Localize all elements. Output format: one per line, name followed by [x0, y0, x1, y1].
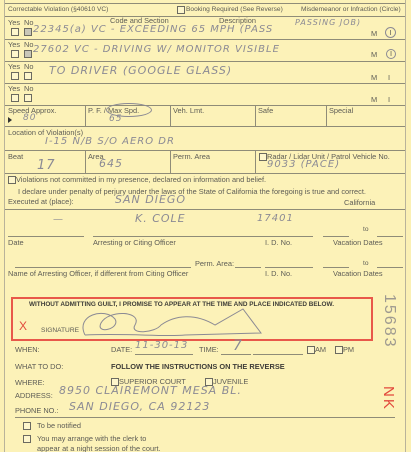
- yes-label: Yes: [8, 18, 20, 27]
- perjury-statement: I declare under penalty of perjury under…: [18, 187, 366, 196]
- m-label: M: [371, 73, 377, 82]
- when-label: WHEN:: [15, 345, 40, 354]
- date-line: [8, 236, 84, 237]
- night-session-label-2: appear at a night session of the court.: [37, 444, 161, 452]
- executed-value: SAN DIEGO: [115, 193, 186, 206]
- violation-1-yes-checkbox[interactable]: [11, 28, 19, 36]
- divider: [5, 61, 405, 62]
- date-value: —: [53, 214, 64, 225]
- area-value: 645: [99, 157, 123, 170]
- i-label[interactable]: I: [388, 73, 390, 82]
- to-be-notified-label: To be notified: [37, 421, 81, 430]
- vacation-label: Vacation Dates: [333, 269, 383, 278]
- yes-label: Yes: [8, 62, 20, 71]
- arresting-officer-line: [15, 267, 191, 268]
- location-value: I-15 N/B S/O AERO DR: [45, 136, 175, 147]
- citation-serial-suffix: NK: [380, 386, 397, 411]
- appearance-date-value: 11-30-13: [135, 340, 188, 351]
- safe-label: Safe: [258, 106, 273, 115]
- special-label: Special: [329, 106, 353, 115]
- radar-checkbox[interactable]: [259, 153, 267, 161]
- not-in-presence-checkbox[interactable]: [8, 176, 16, 184]
- violation-3-no-checkbox[interactable]: [24, 72, 32, 80]
- id-line: [265, 267, 313, 268]
- violation-3-handwriting: TO DRIVER (GOOGLE GLASS): [49, 64, 232, 77]
- date-label: Date: [8, 238, 24, 247]
- speed-approx-value: 80: [23, 113, 36, 123]
- vacation-from-line: [323, 267, 349, 268]
- no-label: No: [24, 62, 33, 71]
- violation-2-no-checkbox[interactable]: [24, 50, 32, 58]
- misdemeanor-infraction-label: Misdemeanor or Infraction (Circle): [301, 6, 401, 13]
- infraction-circled[interactable]: I: [386, 49, 396, 59]
- date-line: [135, 354, 193, 355]
- what-to-do-label: WHAT TO DO:: [15, 362, 63, 371]
- radar-value: 9033 (PACE): [267, 159, 340, 170]
- m-label: M: [371, 50, 377, 59]
- correctable-violation-label: Correctable Violation (§40610 VC): [8, 6, 108, 13]
- officer-value: K. COLE: [135, 212, 186, 225]
- where-label: WHERE:: [15, 378, 45, 387]
- perm-area-line: [235, 267, 261, 268]
- to-be-notified-checkbox[interactable]: [23, 422, 31, 430]
- i-label[interactable]: I: [388, 95, 390, 104]
- phone-label: PHONE NO.:: [15, 406, 59, 415]
- divider: [255, 150, 256, 173]
- officer-label: Arresting or Citing Officer: [93, 238, 176, 247]
- citation-serial-number: 15683: [380, 294, 398, 349]
- violation-3-yes-checkbox[interactable]: [11, 72, 19, 80]
- executed-label: Executed at (place):: [8, 197, 74, 206]
- date-label: DATE:: [111, 345, 132, 354]
- time-line: [221, 354, 251, 355]
- to-label: to: [363, 226, 369, 233]
- divider: [5, 83, 405, 84]
- to-label: to: [363, 260, 369, 267]
- time-line-2: [253, 354, 303, 355]
- divider: [85, 150, 86, 173]
- pm-checkbox[interactable]: [335, 346, 343, 354]
- id-label: I. D. No.: [265, 269, 292, 278]
- violation-1-handwriting: 22345(a) VC - EXCEEDING 65 MPH (PASS: [33, 24, 273, 35]
- pm-label: PM: [343, 345, 354, 354]
- divider: [5, 209, 405, 210]
- divider: [5, 3, 405, 4]
- divider: [5, 173, 405, 174]
- pf-max-value: 65: [109, 114, 122, 124]
- vacation-to-line: [377, 236, 403, 237]
- divider: [255, 105, 256, 126]
- perm-area-label: Perm. Area:: [195, 259, 234, 268]
- violation-1-handwriting-extra: PASSING JOB): [295, 18, 361, 27]
- address-value: 8950 CLAIREMONT MESA BL.: [59, 384, 242, 397]
- divider: [5, 16, 405, 17]
- divider: [5, 39, 405, 40]
- m-label: M: [371, 95, 377, 104]
- officer-line: [93, 236, 313, 237]
- violation-2-handwriting: 27602 VC - DRIVING W/ MONITOR VISIBLE: [33, 44, 280, 55]
- vacation-to-line: [377, 267, 403, 268]
- night-session-checkbox[interactable]: [23, 435, 31, 443]
- phone-value: SAN DIEGO, CA 92123: [69, 400, 210, 413]
- divider: [326, 105, 327, 126]
- perm-area-label: Perm. Area: [173, 152, 210, 161]
- address-label: ADDRESS:: [15, 391, 53, 400]
- id-label: I. D. No.: [265, 238, 292, 247]
- divider: [15, 417, 395, 418]
- beat-label: Beat: [8, 152, 23, 161]
- divider: [5, 126, 405, 127]
- yes-label: Yes: [8, 84, 20, 93]
- violation-4-yes-checkbox[interactable]: [11, 94, 19, 102]
- divider: [170, 150, 171, 173]
- booking-required-checkbox[interactable]: [177, 6, 185, 14]
- m-label: M: [371, 29, 377, 38]
- divider: [170, 105, 171, 126]
- signature-x-mark: X: [19, 319, 27, 333]
- am-checkbox[interactable]: [307, 346, 315, 354]
- vacation-from-line: [323, 236, 349, 237]
- am-label: AM: [315, 345, 326, 354]
- name-if-different-label: Name of Arresting Officer, if different …: [8, 269, 188, 278]
- citation-form: Correctable Violation (§40610 VC) Bookin…: [4, 0, 406, 452]
- divider: [85, 105, 86, 126]
- not-in-presence-label: Violations not committed in my presence,…: [16, 175, 266, 184]
- no-label: No: [24, 84, 33, 93]
- beat-value: 17: [37, 158, 56, 173]
- yes-label: Yes: [8, 40, 20, 49]
- infraction-circled[interactable]: I: [385, 27, 396, 38]
- violation-4-no-checkbox[interactable]: [24, 94, 32, 102]
- vacation-label: Vacation Dates: [333, 238, 383, 247]
- officer-id-value: 17401: [257, 213, 294, 224]
- violation-2-yes-checkbox[interactable]: [11, 50, 19, 58]
- signature-scribble: [65, 305, 285, 343]
- booking-required-label: Booking Required (See Reverse): [186, 6, 283, 13]
- violation-1-no-checkbox[interactable]: [24, 28, 32, 36]
- what-to-do-value: FOLLOW THE INSTRUCTIONS ON THE REVERSE: [111, 362, 285, 371]
- appearance-time-value: 7: [233, 338, 243, 354]
- time-label: TIME:: [199, 345, 219, 354]
- night-session-label-1: You may arrange with the clerk to: [37, 434, 146, 443]
- veh-lmt-label: Veh. Lmt.: [173, 106, 204, 115]
- arrow-right-icon: [8, 117, 12, 123]
- divider: [5, 150, 405, 151]
- state-label: California: [344, 198, 375, 207]
